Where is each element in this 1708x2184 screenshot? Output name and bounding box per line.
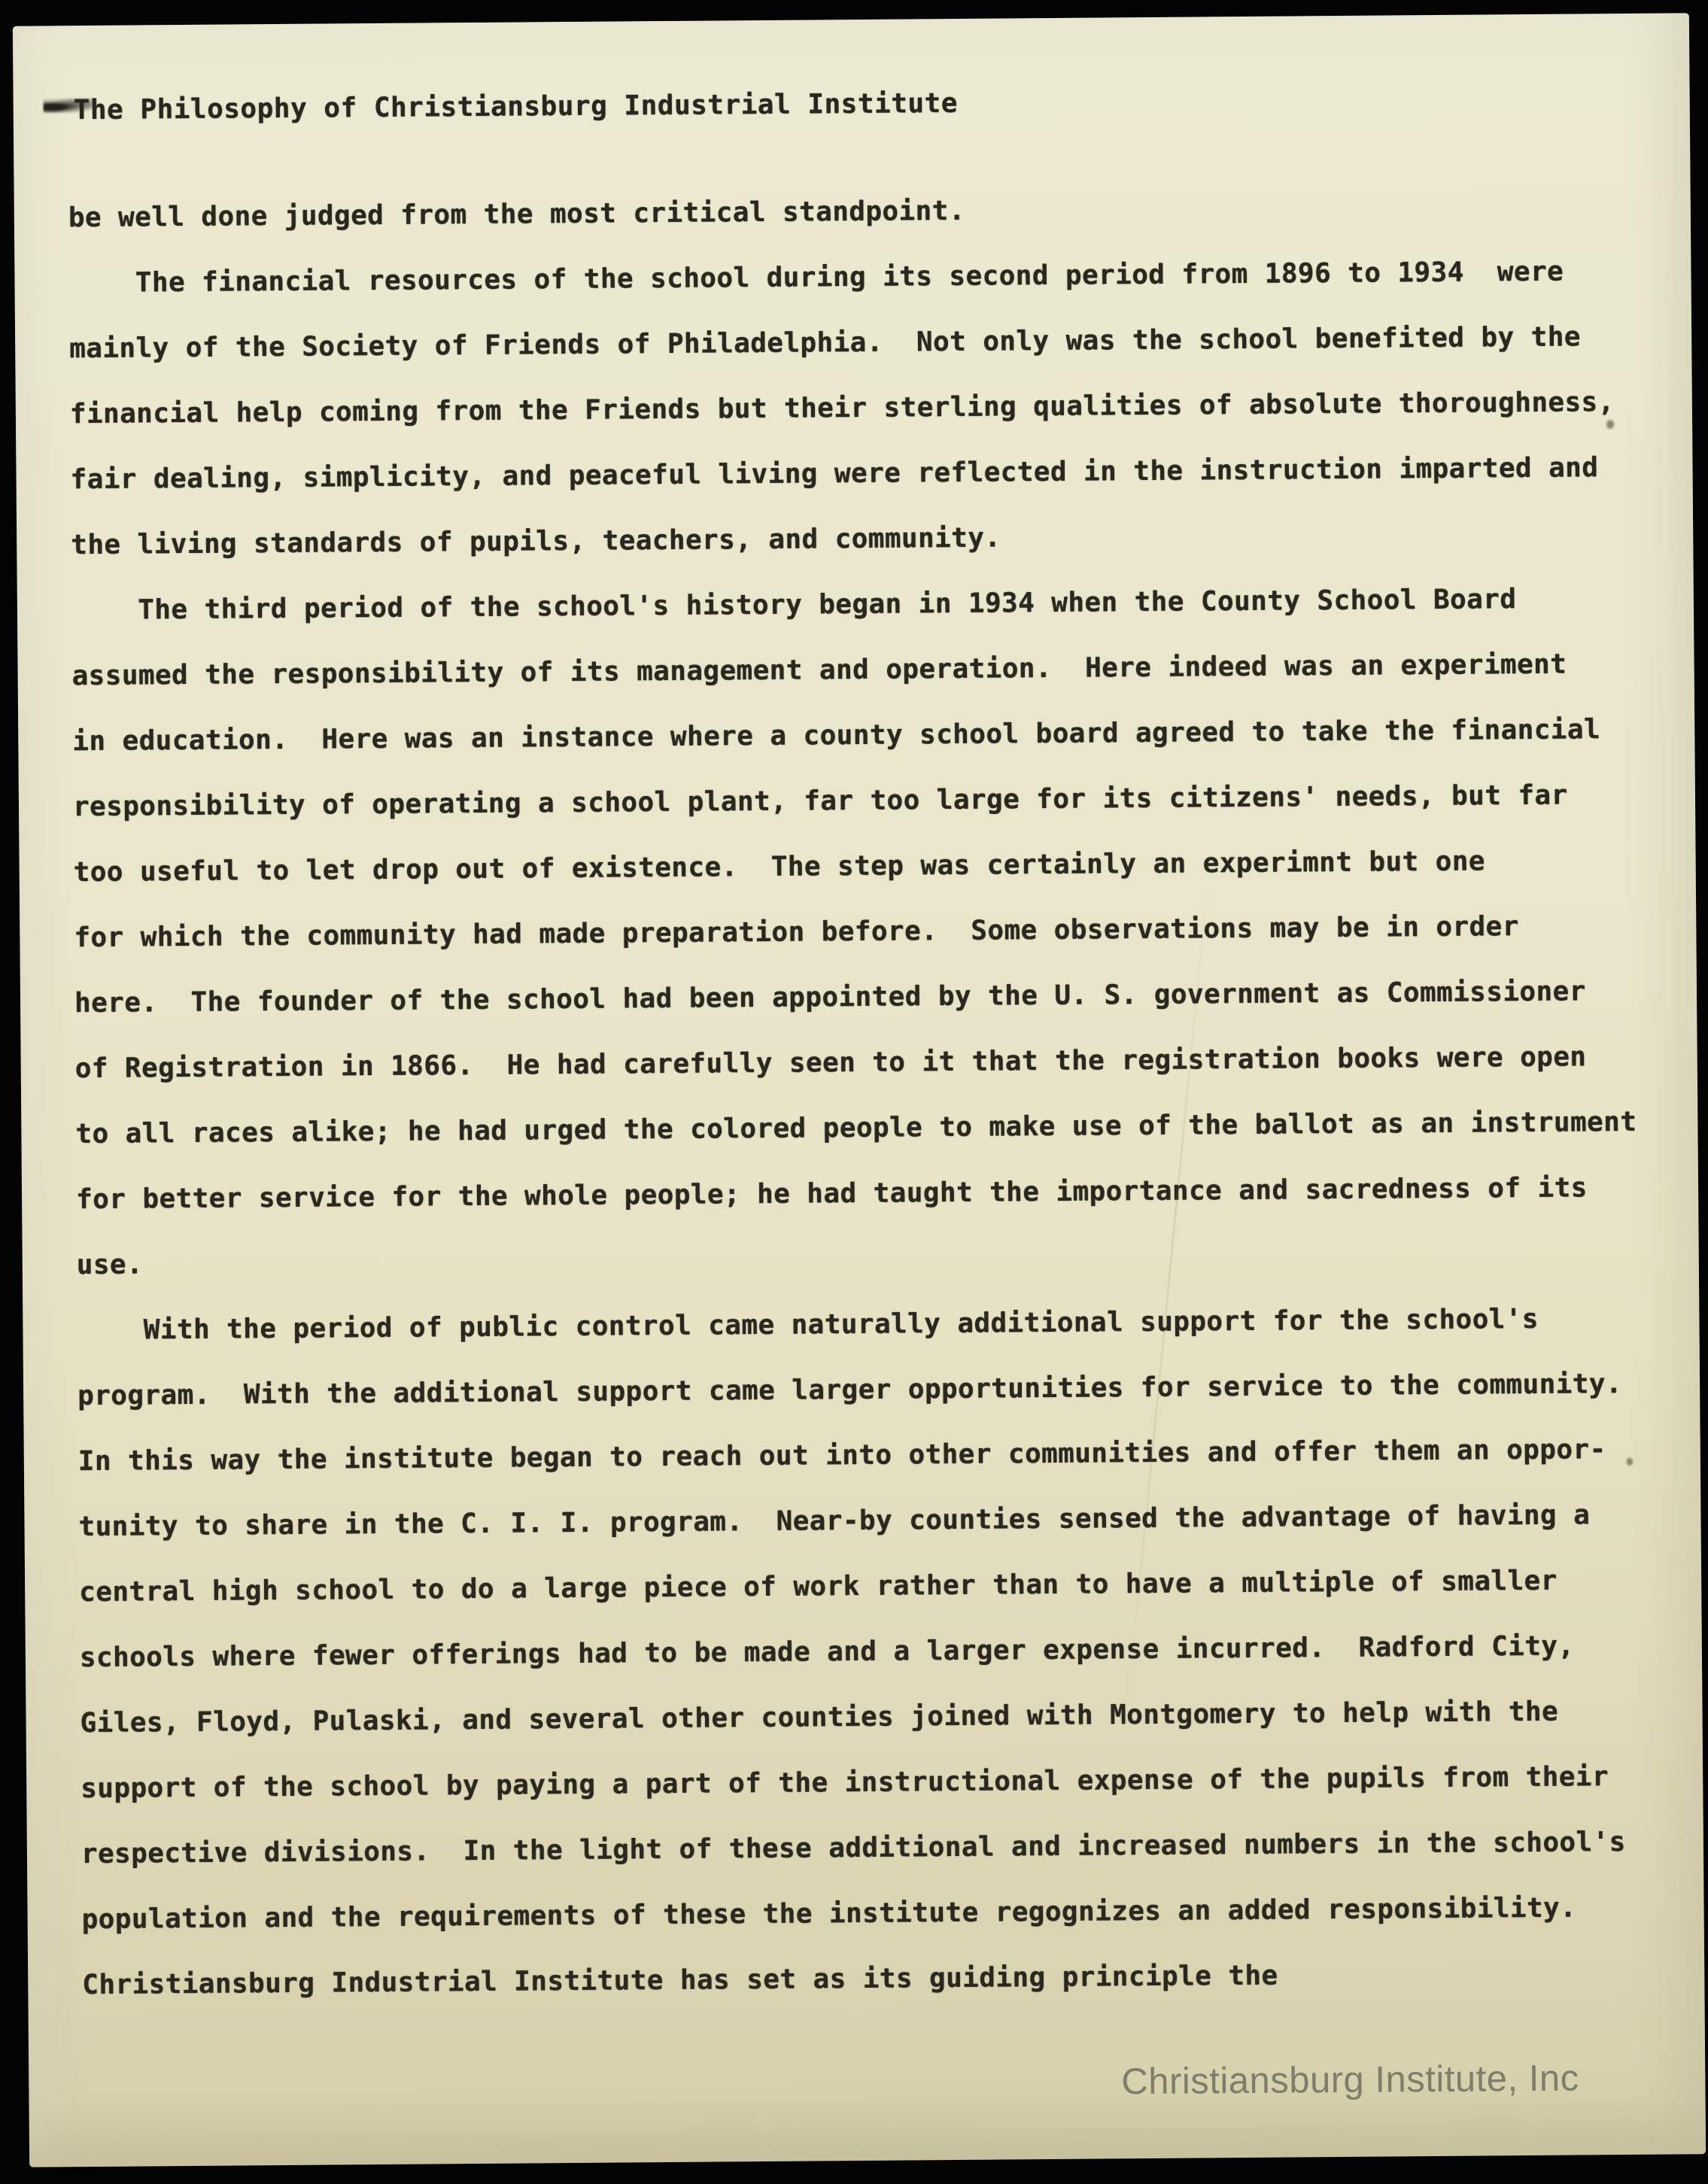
scan-background: { "colors": { "background": "#050505", "…	[0, 0, 1708, 2184]
watermark: Christiansburg Institute, Inc	[1121, 2058, 1579, 2104]
document-page: The Philosophy of Christiansburg Industr…	[13, 13, 1706, 2167]
paragraph-3: The third period of the school's history…	[71, 565, 1681, 1298]
document-title: The Philosophy of Christiansburg Industr…	[74, 88, 959, 126]
paragraph-1: be well done judged from the most critic…	[68, 172, 1673, 251]
document-body: be well done judged from the most critic…	[68, 172, 1687, 2018]
paragraph-2: The financial resources of the school du…	[68, 238, 1675, 578]
paragraph-4: With the period of public control came n…	[77, 1285, 1686, 2018]
paper-speck	[1605, 418, 1615, 430]
paper-speck	[1625, 1457, 1634, 1467]
